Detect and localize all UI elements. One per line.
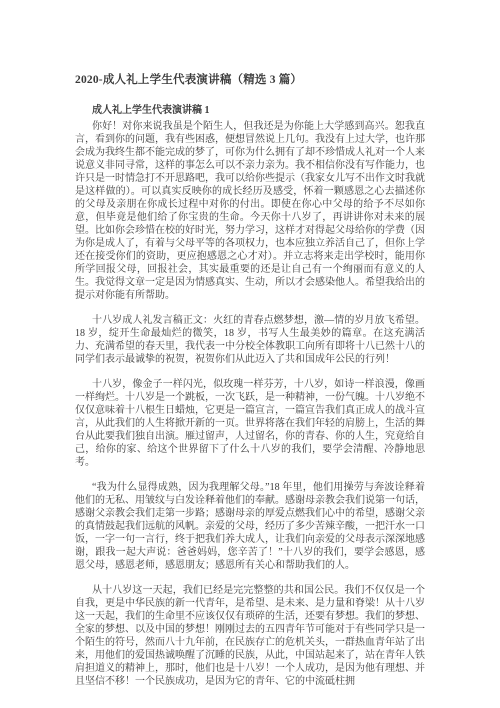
section-heading: 成人礼上学生代表演讲稿 1	[75, 101, 425, 116]
document-page: 2020-成人礼上学生代表演讲稿（精选 3 篇） 成人礼上学生代表演讲稿 1 你…	[0, 0, 500, 708]
document-content: 2020-成人礼上学生代表演讲稿（精选 3 篇） 成人礼上学生代表演讲稿 1 你…	[75, 71, 425, 700]
document-title: 2020-成人礼上学生代表演讲稿（精选 3 篇）	[75, 71, 425, 87]
paragraph: 十八岁成人礼发言稿正文：火红的青春点燃梦想，激—情的岁月放飞希望。18 岁，绽开…	[75, 314, 425, 366]
paragraph: 你好！对你来说我虽是个陌生人，但我还是为你能上大学感到高兴。恕我直言，看到你的问…	[75, 120, 425, 302]
paragraph: “我为什么显得成熟，因为我理解父母。”18 年里，他们用操劳与奔波诠释着他们的无…	[75, 481, 425, 572]
paragraph: 十八岁，像金子一样闪光，似玫瑰一样芬芳，十八岁，如诗一样浪漫，像画一样绚烂。十八…	[75, 378, 425, 469]
paragraph: 从十八岁这一天起，我们已经是完完整整的共和国公民。我们不仅仅是一个自我，更是中华…	[75, 584, 425, 688]
